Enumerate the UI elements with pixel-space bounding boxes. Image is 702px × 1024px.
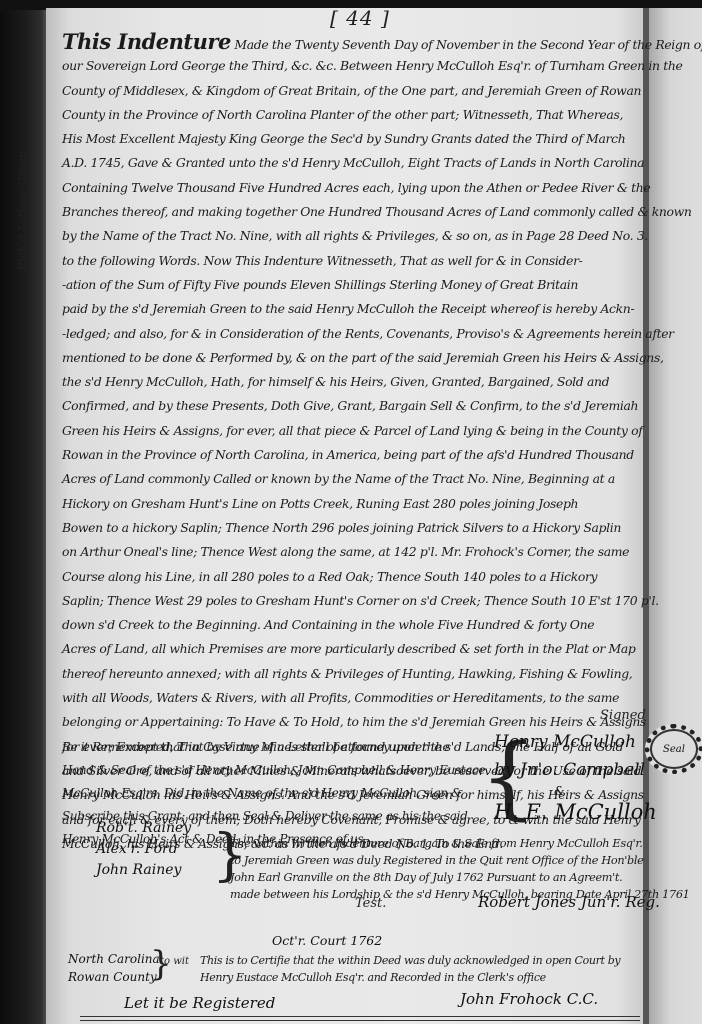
- double-rule-divider: [80, 1016, 640, 1021]
- text-line: County in the Province of North Carolina…: [62, 103, 642, 127]
- text-line: Hickory on Gresham Hunt's Line on Potts …: [62, 492, 642, 516]
- registrar-signature: Robert Jones Jun'r. Reg.: [478, 893, 660, 911]
- text-line: Rowan in the Province of North Carolina,…: [62, 443, 642, 467]
- signature-line: by Jn'o. Campbell: [494, 756, 657, 784]
- page-number: [ 44 ]: [330, 6, 390, 30]
- adjacent-page: [649, 8, 702, 1024]
- signature-block: Henry McCulloh by Jn'o. Campbell & H. E.…: [494, 728, 657, 826]
- text-line: Course along his Line, in all 280 poles …: [62, 565, 642, 589]
- margin-note: Rich'd & Isaac Green: [16, 151, 29, 270]
- text-line: Acres of Land, all which Premises are mo…: [62, 637, 642, 661]
- signature-ampersand: &: [494, 784, 657, 798]
- text-line: -ation of the Sum of Fifty Five pounds E…: [62, 273, 642, 297]
- text-line: His Most Excellent Majesty King George t…: [62, 127, 642, 151]
- text-line: A.D. 1745, Gave & Granted unto the s'd H…: [62, 151, 642, 175]
- text-line: to the following Words. Now This Indentu…: [62, 249, 642, 273]
- text-line: Acres of Land commonly Called or known b…: [62, 467, 642, 491]
- teste-label: Test.: [355, 896, 386, 911]
- text-line: Branches thereof, and making together On…: [62, 200, 642, 224]
- court-certification: This is to Certifie that the within Deed…: [200, 952, 640, 986]
- signature-line: Henry McCulloh: [494, 728, 657, 756]
- witness-name: John Rainey: [96, 860, 191, 881]
- state-label: North Carolina: [68, 950, 160, 968]
- to-wit-label: to wit: [160, 956, 189, 967]
- witness-name: Alex'r. Ford: [96, 839, 191, 860]
- clerk-signature: John Frohock C.C.: [460, 990, 598, 1008]
- text-line: Hand & Seal of the s'd Henry McCulloh; J…: [62, 759, 492, 782]
- text-line: Be it Remembered, That by Virtue of a Le…: [62, 736, 492, 759]
- text-line: with all Woods, Waters & Rivers, with al…: [62, 686, 642, 710]
- text-line: to Jeremiah Green was duly Registered in…: [230, 852, 640, 869]
- text-line: Containing Twelve Thousand Five Hundred …: [62, 176, 642, 200]
- text-line: mentioned to be done & Performed by, & o…: [62, 346, 642, 370]
- county-label: Rowan County: [68, 968, 160, 986]
- text-line: our Sovereign Lord George the Third, &c.…: [62, 54, 642, 78]
- text-line: on Arthur Oneal's line; Thence West alon…: [62, 540, 642, 564]
- signature-line: H. E. McCulloh: [494, 798, 657, 826]
- text-line: Bowen to a hickory Saplin; Thence North …: [62, 516, 642, 540]
- text-line: This Indenture Made the Twenty Seventh D…: [62, 30, 642, 54]
- text-line: Henry Eustace McCulloh Esq'r. and Record…: [200, 969, 640, 986]
- court-date: Oct'r. Court 1762: [272, 933, 382, 948]
- text-line: John Earl Granville on the 8th Day of Ju…: [230, 869, 640, 886]
- jurisdiction: North Carolina Rowan County: [68, 950, 160, 986]
- text-line: This is to Certifie that the within Deed…: [200, 952, 640, 969]
- text-line: the s'd Henry McCulloh, Hath, for himsel…: [62, 370, 642, 394]
- seal-stamp-icon: Seal: [645, 724, 702, 774]
- registration-order: Let it be Registered: [124, 994, 275, 1012]
- signed-label: Signed: [600, 708, 646, 723]
- text-line: McCulloh Esq'rs. Did, in the Name of the…: [62, 782, 492, 805]
- text-line: Green his Heirs & Assigns, for ever, all…: [62, 419, 642, 443]
- text-line: down s'd Creek to the Beginning. And Con…: [62, 613, 642, 637]
- text-line: Saplin; Thence West 29 poles to Gresham …: [62, 589, 642, 613]
- text-line: The within Written Indenture of Bargain …: [230, 835, 640, 852]
- text-line: paid by the s'd Jeremiah Green to the sa…: [62, 297, 642, 321]
- text-line: -ledged; and also, for & in Consideratio…: [62, 322, 642, 346]
- witness-name: Rob't. Rainey: [96, 818, 191, 839]
- indenture-heading: This Indenture: [62, 29, 231, 54]
- seal-label: Seal: [663, 744, 685, 755]
- text-line: Confirmed, and by these Presents, Doth G…: [62, 394, 642, 418]
- text-line: thereof hereunto annexed; with all right…: [62, 662, 642, 686]
- witness-list: Rob't. Rainey Alex'r. Ford John Rainey: [96, 818, 191, 881]
- text-line: by the Name of the Tract No. Nine, with …: [62, 224, 642, 248]
- text-line: County of Middlesex, & Kingdom of Great …: [62, 79, 642, 103]
